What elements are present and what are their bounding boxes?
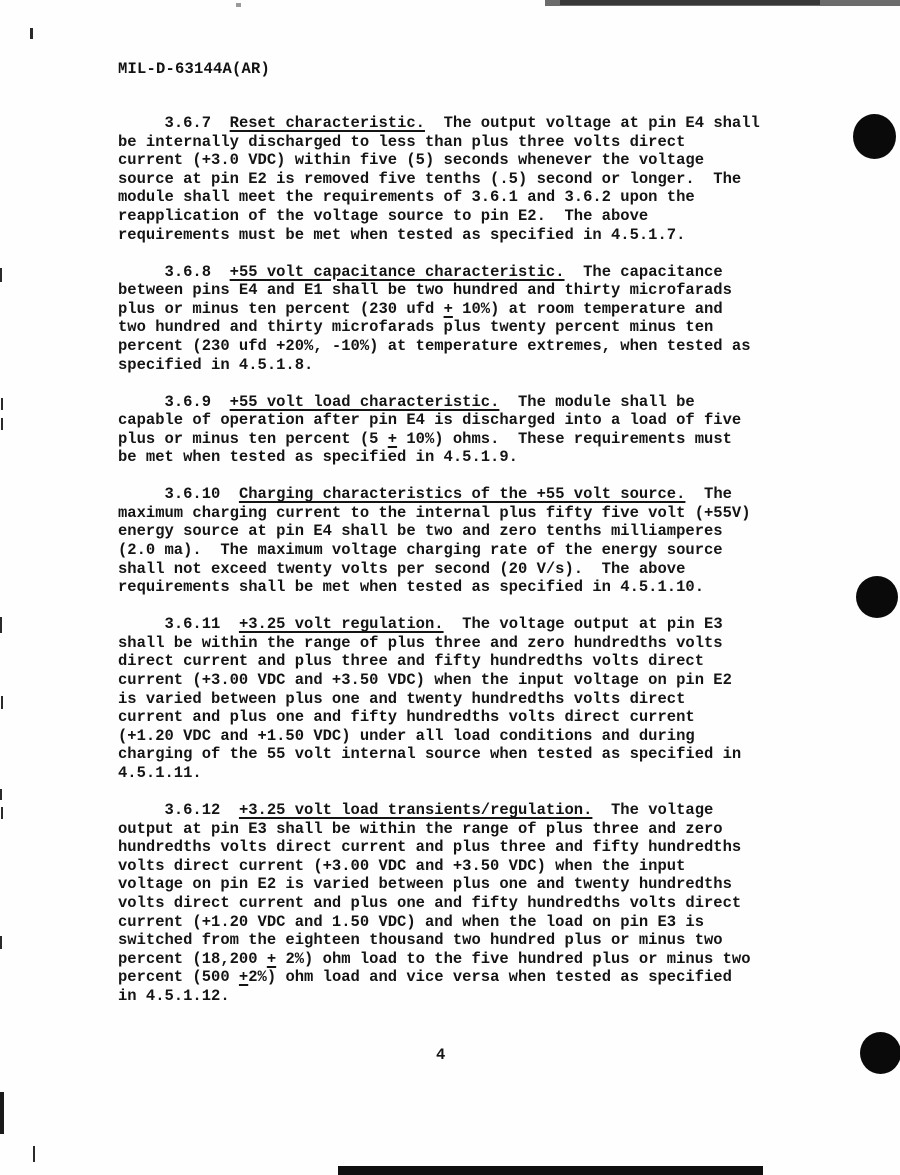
underlined-text: +	[267, 950, 276, 968]
hole-punch-dot-bottom	[860, 1032, 900, 1074]
hole-punch-dot-middle	[856, 576, 898, 618]
paragraph-3.6.10: 3.6.10 Charging characteristics of the +…	[118, 485, 788, 597]
scan-artifact-top-bar-dark	[560, 0, 820, 5]
underlined-text: +	[388, 430, 397, 448]
scan-speck	[0, 617, 2, 633]
paragraph-3.6.8: 3.6.8 +55 volt capacitance characteristi…	[118, 263, 788, 375]
scan-speck	[0, 268, 2, 282]
scan-speck	[0, 936, 2, 949]
paragraph-3.6.7: 3.6.7 Reset characteristic. The output v…	[118, 114, 788, 244]
hole-punch-dot-top	[853, 114, 896, 159]
scan-artifact-bottom-bar	[338, 1166, 763, 1175]
paragraphs: 3.6.7 Reset characteristic. The output v…	[118, 114, 788, 1024]
scan-speck	[1, 807, 3, 819]
scan-speck	[30, 28, 33, 39]
underlined-text: Charging characteristics of the +55 volt…	[239, 485, 685, 503]
scan-speck	[1, 398, 3, 410]
scan-speck	[0, 789, 2, 800]
underlined-text: +55 volt load characteristic.	[230, 393, 500, 411]
underlined-text: +3.25 volt load transients/regulation.	[239, 801, 592, 819]
page-number: 4	[436, 1046, 445, 1064]
underlined-text: +	[444, 300, 453, 318]
scanned-document-page: MIL-D-63144A(AR) 3.6.7 Reset characteris…	[0, 0, 900, 1175]
underlined-text: Reset characteristic.	[230, 114, 425, 132]
paragraph-3.6.11: 3.6.11 +3.25 volt regulation. The voltag…	[118, 615, 788, 782]
document-id-header: MIL-D-63144A(AR)	[118, 60, 270, 78]
scan-speck	[1, 696, 3, 709]
paragraph-3.6.12: 3.6.12 +3.25 volt load transients/regula…	[118, 801, 788, 1006]
scan-speck	[236, 3, 241, 7]
underlined-text: +	[239, 968, 248, 986]
paragraph-3.6.9: 3.6.9 +55 volt load characteristic. The …	[118, 393, 788, 467]
scan-speck	[33, 1146, 35, 1162]
underlined-text: +55 volt capacitance characteristic.	[230, 263, 565, 281]
underlined-text: +3.25 volt regulation.	[239, 615, 444, 633]
scan-speck	[0, 1092, 4, 1134]
scan-speck	[1, 418, 3, 430]
